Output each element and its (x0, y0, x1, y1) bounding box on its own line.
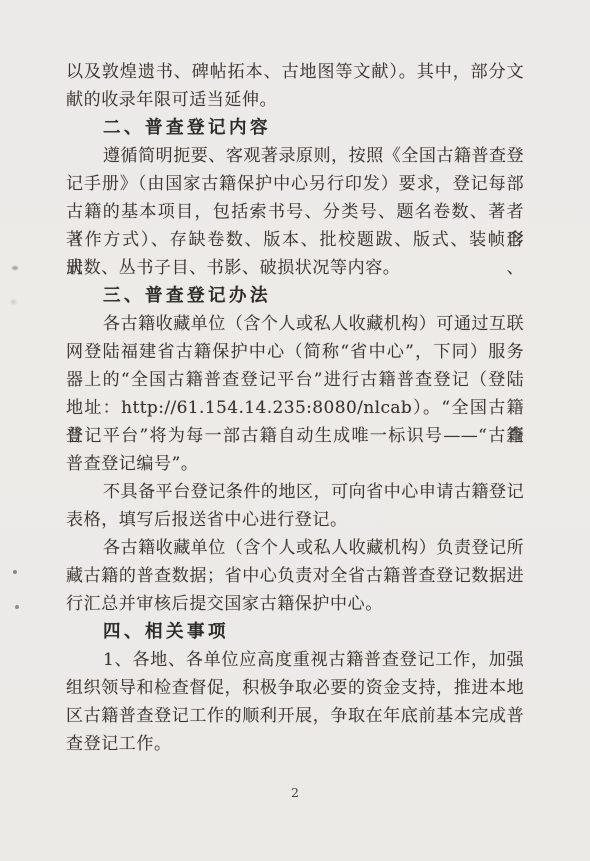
scan-speck (12, 266, 18, 270)
section-heading-2: 二、普查登记内容 (66, 114, 524, 142)
doc-line: 著作方式）、存缺卷数、版本、批校题跋、版式、装帧形式、 (66, 226, 524, 254)
doc-line: 网登陆福建省古籍保护中心（简称“省中心”，下同）服务 (66, 338, 524, 366)
page-number: 2 (66, 783, 524, 803)
doc-line: 行汇总并审核后提交国家古籍保护中心。 (66, 590, 524, 618)
document-text-block: 以及敦煌遗书、碑帖拓本、古地图等文献）。其中，部分文 献的收录年限可适当延伸。 … (66, 58, 524, 758)
doc-line: 不具备平台登记条件的地区，可向省中心申请古籍登记 (66, 478, 524, 506)
doc-line: 查登记工作。 (66, 730, 524, 758)
scan-speck (13, 570, 17, 574)
scan-speck (11, 300, 16, 304)
doc-line: 区古籍普查登记工作的顺利开展，争取在年底前基本完成普 (66, 702, 524, 730)
section-heading-4: 四、相关事项 (66, 618, 524, 646)
doc-line: 组织领导和检查督促，积极争取必要的资金支持，推进本地 (66, 674, 524, 702)
doc-line: 记手册》（由国家古籍保护中心另行印发）要求，登记每部 (66, 170, 524, 198)
doc-line-url: 地址：http://61.154.14.235:8080/nlcab）。“全国古… (66, 394, 524, 422)
scan-speck (15, 605, 19, 609)
doc-line: 献的收录年限可适当延伸。 (66, 86, 524, 114)
doc-line: 普查登记编号”。 (66, 450, 524, 478)
section-heading-3: 三、普查登记办法 (66, 282, 524, 310)
doc-line: 遵循简明扼要、客观著录原则，按照《全国古籍普查登 (66, 142, 524, 170)
doc-line: 各古籍收藏单位（含个人或私人收藏机构）负责登记所 (66, 534, 524, 562)
doc-line: 表格，填写后报送省中心进行登记。 (66, 506, 524, 534)
doc-line: 以及敦煌遗书、碑帖拓本、古地图等文献）。其中，部分文 (66, 58, 524, 86)
doc-line: 1、各地、各单位应高度重视古籍普查登记工作，加强 (66, 646, 524, 674)
doc-line: 各古籍收藏单位（含个人或私人收藏机构）可通过互联 (66, 310, 524, 338)
scanned-document-page: 以及敦煌遗书、碑帖拓本、古地图等文献）。其中，部分文 献的收录年限可适当延伸。 … (0, 0, 590, 861)
doc-line: 藏古籍的普查数据；省中心负责对全省古籍普查登记数据进 (66, 562, 524, 590)
doc-line: 登记平台”将为每一部古籍自动生成唯一标识号——“古籍 (66, 422, 524, 450)
doc-line: 器上的“全国古籍普查登记平台”进行古籍普查登记（登陆 (66, 366, 524, 394)
doc-line: 古籍的基本项目，包括索书号、分类号、题名卷数、著者（含 (66, 198, 524, 226)
